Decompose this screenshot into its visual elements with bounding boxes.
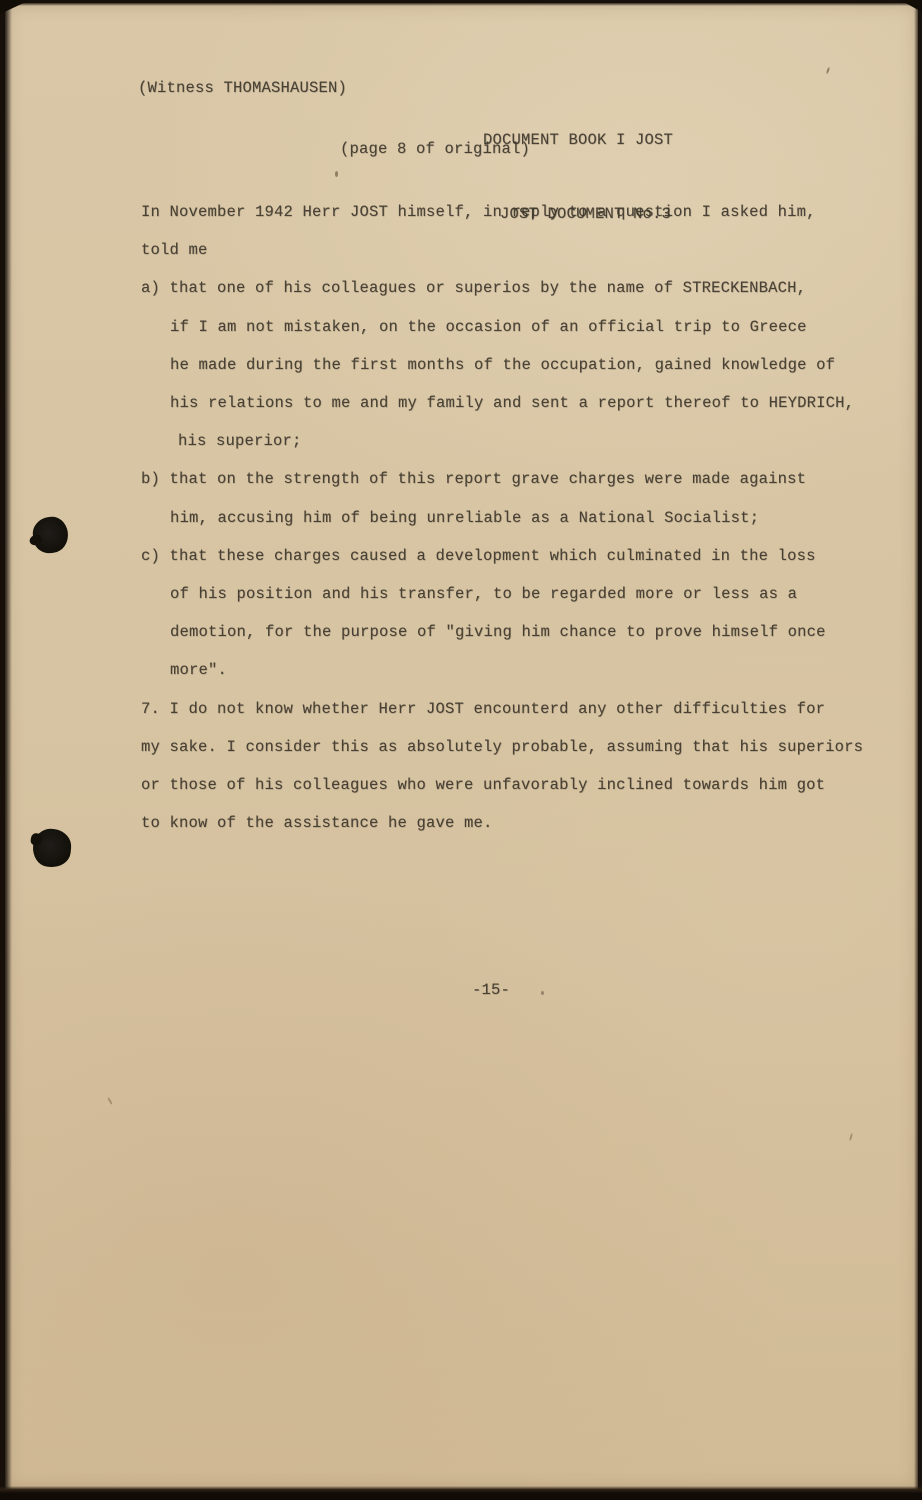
- affidavit-body: In November 1942 Herr JOST himself, in r…: [141, 193, 881, 842]
- paper-speck: [541, 991, 544, 995]
- scanned-document-page: (Witness THOMASHAUSEN) DOCUMENT BOOK I J…: [0, 0, 922, 1500]
- scan-corner-top-right: [900, 0, 922, 12]
- body-line: told me: [141, 231, 881, 269]
- body-line: demotion, for the purpose of "giving him…: [141, 613, 881, 651]
- body-line-paragraph-7: 7. I do not know whether Herr JOST encou…: [141, 690, 881, 728]
- body-line: In November 1942 Herr JOST himself, in r…: [141, 193, 881, 231]
- body-line: his relations to me and my family and se…: [141, 384, 881, 422]
- paper-speck: [107, 1097, 113, 1105]
- body-line-item-c: c) that these charges caused a developme…: [141, 537, 881, 575]
- body-line: his superior;: [141, 422, 881, 460]
- scan-edge-top: [0, 0, 922, 6]
- paper-speck: [826, 67, 830, 74]
- paper-sheet: (Witness THOMASHAUSEN) DOCUMENT BOOK I J…: [5, 3, 918, 1490]
- scan-edge-left: [0, 0, 12, 1500]
- body-line: him, accusing him of being unreliable as…: [141, 499, 881, 537]
- body-line: of his position and his transfer, to be …: [141, 575, 881, 613]
- body-line-item-b: b) that on the strength of this report g…: [141, 460, 881, 498]
- witness-header: (Witness THOMASHAUSEN): [138, 79, 347, 97]
- paper-speck: [849, 1133, 853, 1141]
- body-line: my sake. I consider this as absolutely p…: [141, 728, 881, 766]
- original-page-reference: (page 8 of original): [340, 140, 530, 158]
- scan-edge-bottom: [0, 1486, 922, 1500]
- page-number: -15-: [472, 981, 510, 999]
- paper-speck: [335, 171, 338, 177]
- body-line: to know of the assistance he gave me.: [141, 804, 881, 842]
- body-line: or those of his colleagues who were unfa…: [141, 766, 881, 804]
- body-line: if I am not mistaken, on the occasion of…: [141, 308, 881, 346]
- body-line: more".: [141, 651, 881, 689]
- scan-corner-top-left: [0, 0, 30, 14]
- body-line: he made during the first months of the o…: [141, 346, 881, 384]
- scan-edge-right: [914, 0, 922, 1500]
- body-line-item-a: a) that one of his colleagues or superio…: [141, 269, 881, 307]
